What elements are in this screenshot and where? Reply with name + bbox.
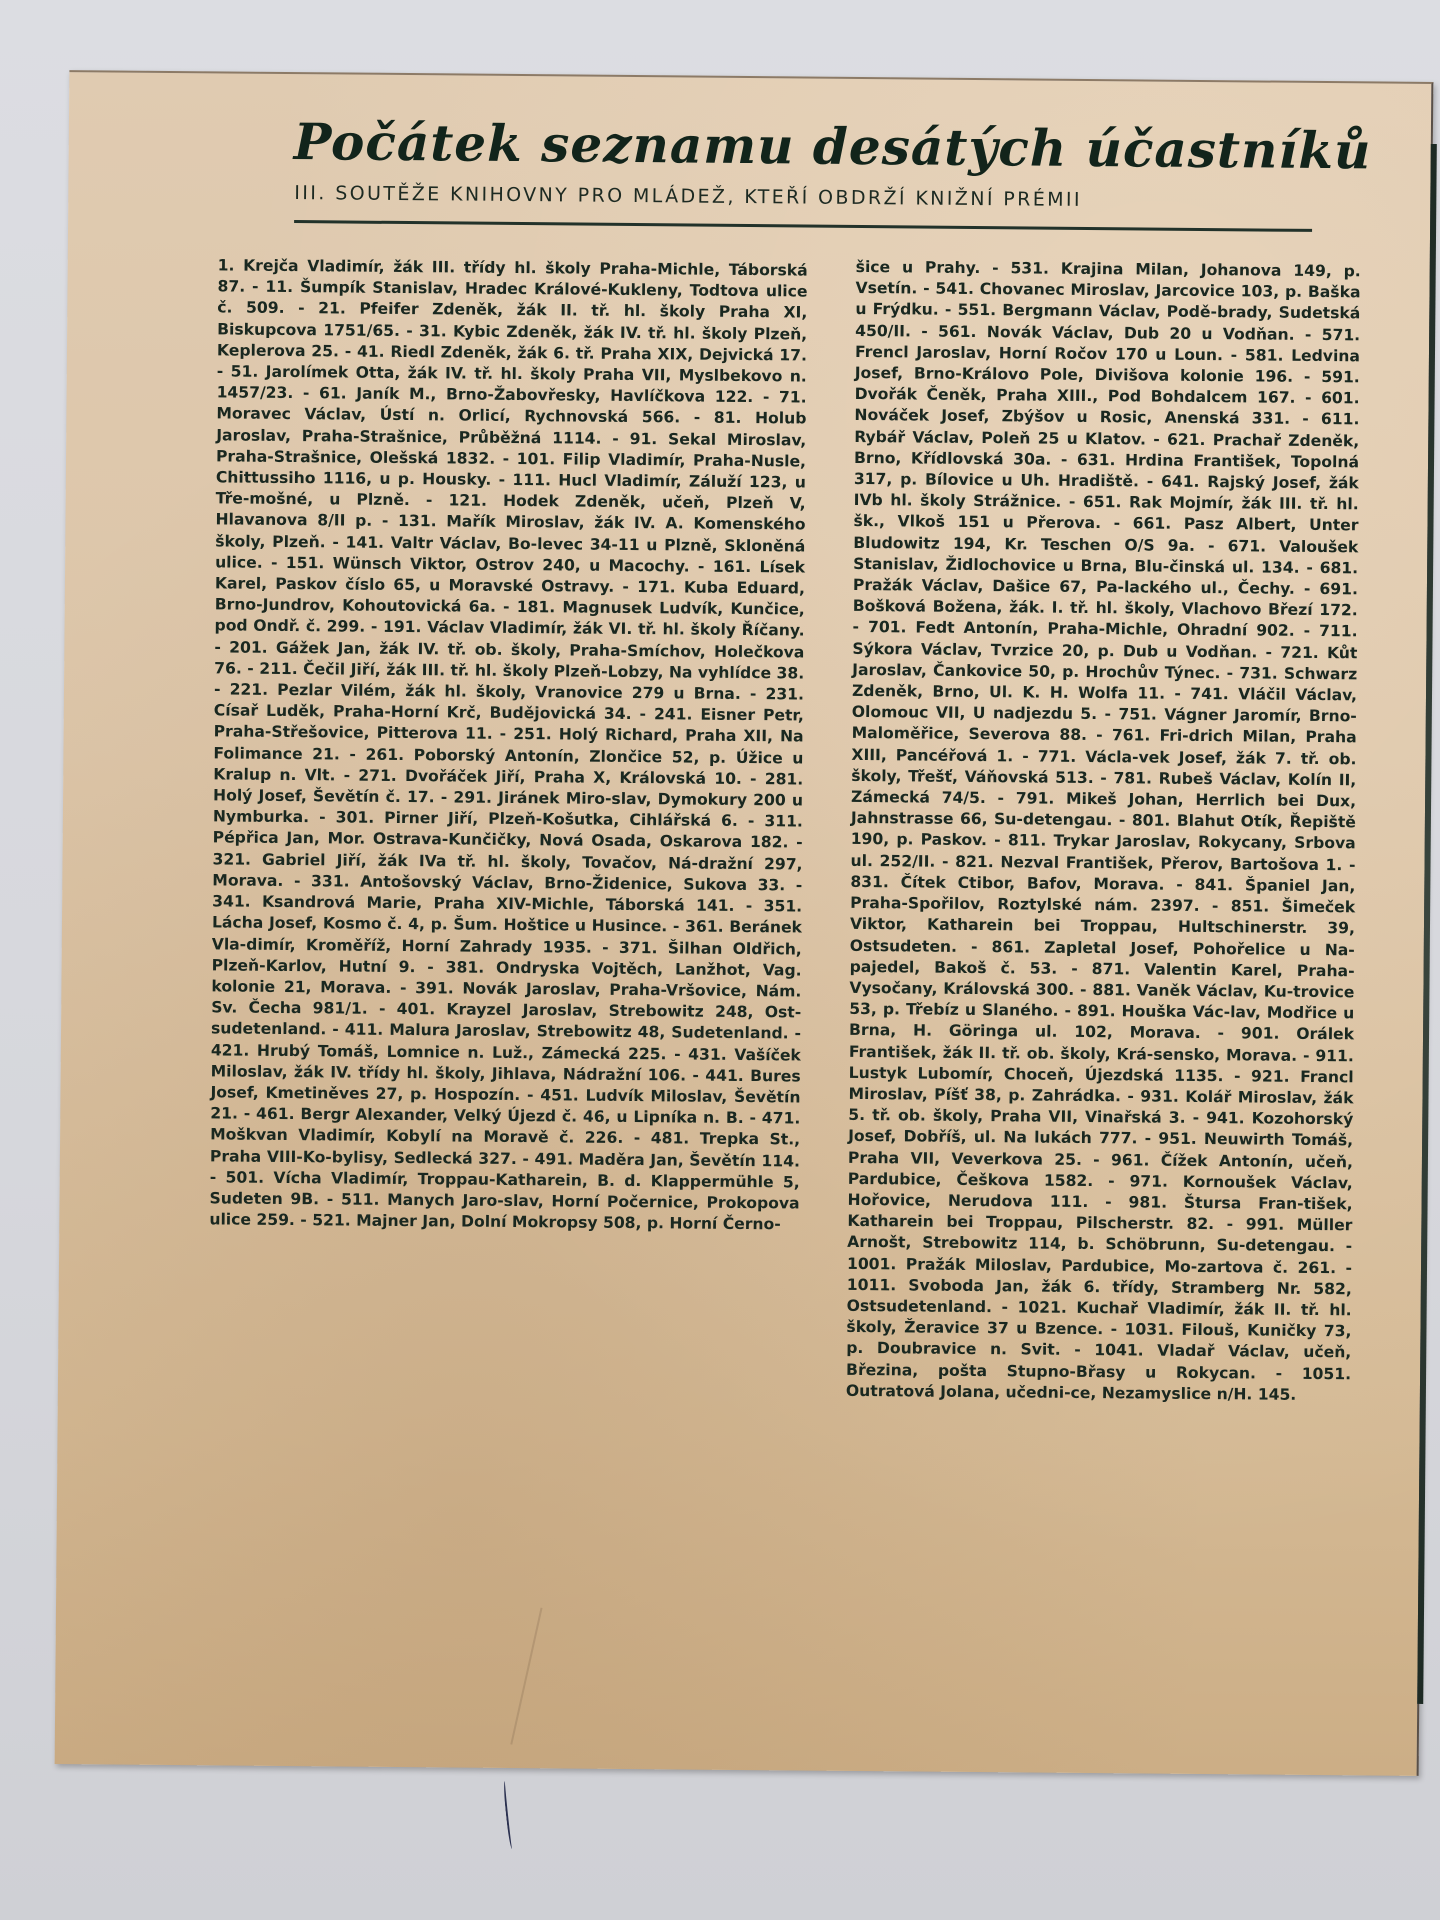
paper-crease: [510, 1608, 542, 1745]
text-column-left: 1. Krejča Vladimír, žák III. třídy hl. š…: [209, 255, 807, 1235]
sheet-edge-stripe: [1417, 144, 1437, 1704]
pen-mark: [502, 1781, 514, 1849]
page-subtitle: III. SOUTĚŽE KNIHOVNY PRO MLÁDEŽ, KTEŘÍ …: [294, 182, 1314, 213]
text-column-right: šice u Prahy. - 531. Krajina Milan, Joha…: [846, 257, 1361, 1406]
page-title: Počátek seznamu desátých účastníků: [294, 112, 1334, 180]
printed-sheet: Počátek seznamu desátých účastníků III. …: [55, 70, 1434, 1776]
title-divider: [294, 220, 1312, 232]
